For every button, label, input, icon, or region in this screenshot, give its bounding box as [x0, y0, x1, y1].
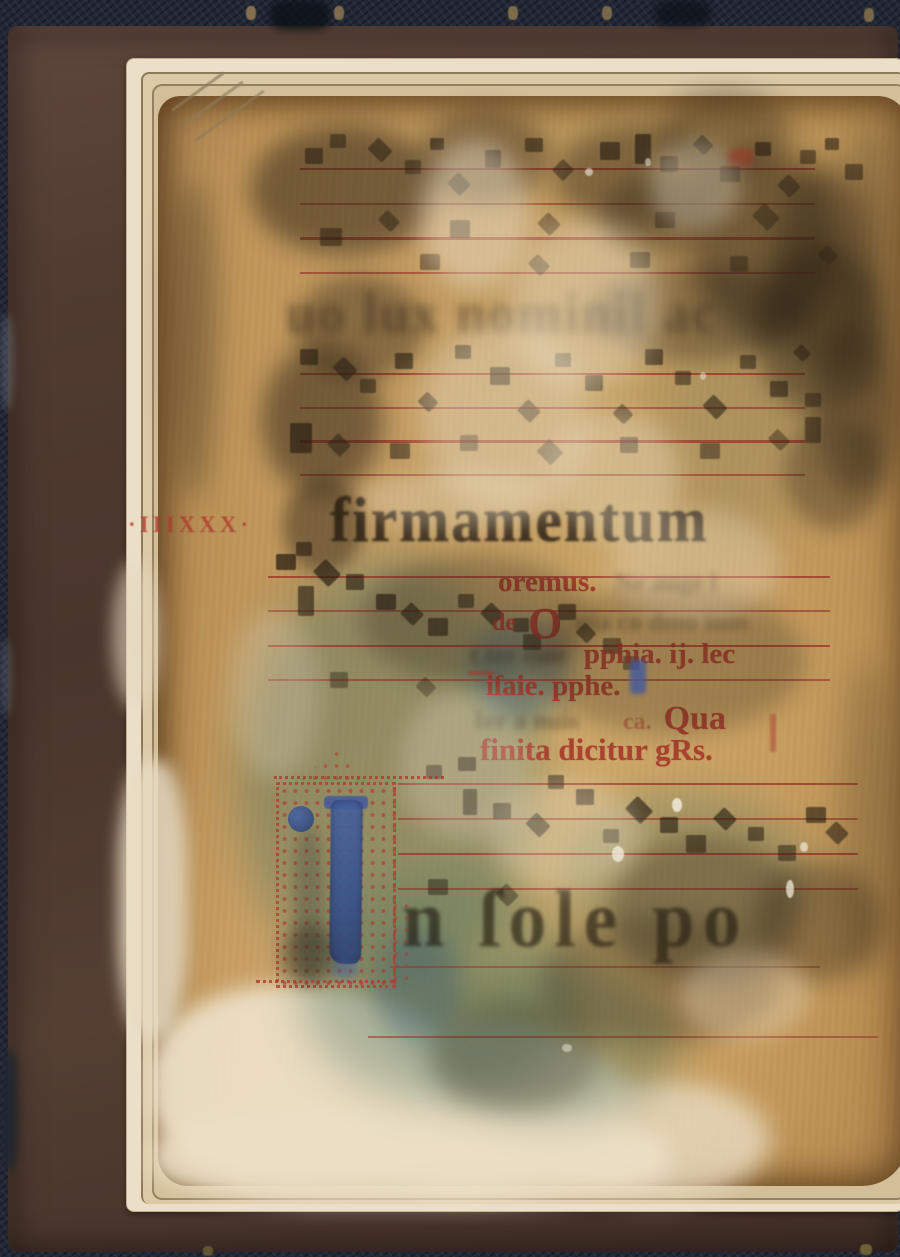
binding-detail: [864, 8, 874, 22]
binding-detail: [246, 6, 256, 20]
binding-detail: [2, 1050, 18, 1170]
manuscript-photo: { "document": { "kind": "Medieval antiph…: [0, 0, 900, 1257]
binding-detail: [602, 6, 612, 20]
binding-details-layer: [0, 0, 900, 1257]
binding-detail: [860, 1244, 872, 1255]
binding-detail: [508, 6, 518, 20]
binding-detail: [0, 640, 12, 715]
binding-detail: [655, 0, 710, 26]
binding-detail: [334, 6, 344, 20]
binding-detail: [0, 315, 14, 410]
binding-detail: [203, 1246, 213, 1256]
binding-detail: [270, 0, 330, 30]
